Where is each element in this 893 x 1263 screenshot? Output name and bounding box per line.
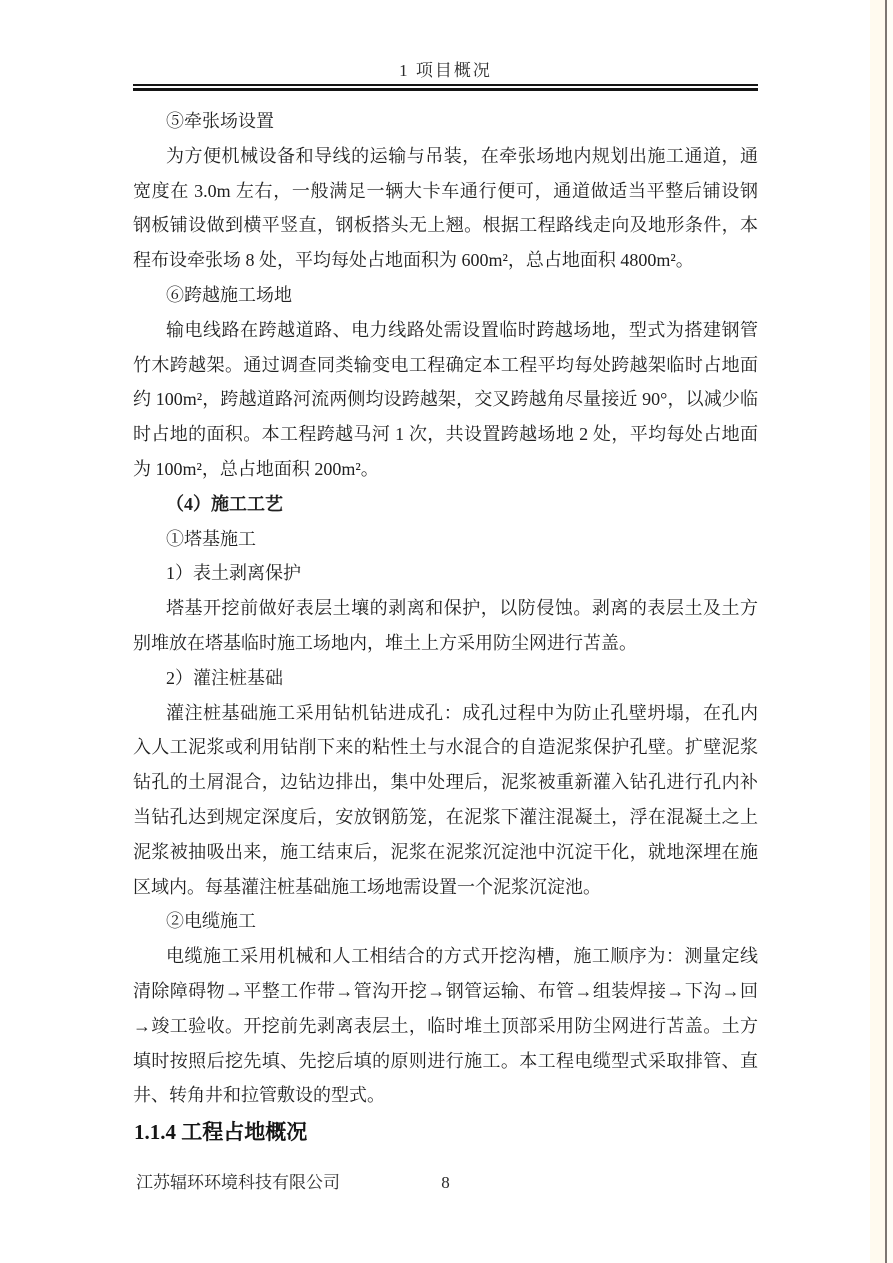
paragraph-line: 别堆放在塔基临时施工场地内，堆土上方采用防尘网进行苫盖。 [133,626,758,661]
paragraph-line: 塔基开挖前做好表层土壤的剥离和保护，以防侵蚀。剥离的表层土及土方分 [133,591,758,626]
list-item-6: ⑥跨越施工场地 [133,278,758,313]
section-heading-1-1-4: 1.1.4 工程占地概况 [134,1117,759,1147]
document-page: 1 项目概况 ⑤牵张场设置 为方便机械设备和导线的运输与吊装，在牵张场地内规划出… [0,0,893,1263]
list-item-1-paren: 1）表土剥离保护 [133,556,758,591]
paragraph-line: 电缆施工采用机械和人工相结合的方式开挖沟槽，施工顺序为：测量定线→ [133,939,758,974]
list-item-5: ⑤牵张场设置 [133,104,758,139]
paragraph-line: 区域内。每基灌注桩基础施工场地需设置一个泥浆沉淀池。 [133,870,758,905]
paragraph-line: 约 100m²，跨越道路河流两侧均设跨越架，交叉跨越角尽量接近 90°，以减少临 [133,382,758,417]
document-body: ⑤牵张场设置 为方便机械设备和导线的运输与吊装，在牵张场地内规划出施工通道，通道… [133,104,758,1113]
header-divider [133,84,758,91]
scan-edge-margin [887,0,893,1263]
paragraph-line: 入人工泥浆或利用钻削下来的粘性土与水混合的自造泥浆保护孔壁。扩壁泥浆与 [133,730,758,765]
paragraph-line: 钢板铺设做到横平竖直，钢板搭头无上翘。根据工程路线走向及地形条件，本工 [133,208,758,243]
scan-edge-strip [870,0,885,1263]
footer-page-number: 8 [133,1171,758,1194]
paragraph-line: 时占地的面积。本工程跨越马河 1 次，共设置跨越场地 2 处，平均每处占地面积 [133,417,758,452]
paragraph-line: 为方便机械设备和导线的运输与吊装，在牵张场地内规划出施工通道，通道 [133,139,758,174]
list-item-2-circle: ②电缆施工 [133,904,758,939]
paragraph-line: 程布设牵张场 8 处，平均每处占地面积为 600m²，总占地面积 4800m²。 [133,243,758,278]
paragraph-line: 井、转角井和拉管敷设的型式。 [133,1078,758,1113]
paragraph-line: 宽度在 3.0m 左右，一般满足一辆大卡车通行便可，通道做适当平整后铺设钢板， [133,174,758,209]
paragraph-line: 填时按照后挖先填、先挖后填的原则进行施工。本工程电缆型式采取排管、直线 [133,1044,758,1079]
paragraph-line: 清除障碍物→平整工作带→管沟开挖→钢管运输、布管→组装焊接→下沟→回填 [133,974,758,1009]
paragraph-line: 泥浆被抽吸出来，施工结束后，泥浆在泥浆沉淀池中沉淀干化，就地深埋在施工 [133,835,758,870]
list-item-1-circle: ①塔基施工 [133,522,758,557]
list-item-2-paren: 2）灌注桩基础 [133,661,758,696]
paragraph-line: →竣工验收。开挖前先剥离表层土，临时堆土顶部采用防尘网进行苫盖。土方回 [133,1009,758,1044]
subsection-heading-4: （4）施工工艺 [133,487,758,522]
paragraph-line: 灌注桩基础施工采用钻机钻进成孔：成孔过程中为防止孔壁坍塌，在孔内注 [133,696,758,731]
paragraph-line: 竹木跨越架。通过调查同类输变电工程确定本工程平均每处跨越架临时占地面积 [133,348,758,383]
paragraph-line: 为 100m²，总占地面积 200m²。 [133,452,758,487]
page-header-title: 1 项目概况 [133,60,758,82]
paragraph-line: 当钻孔达到规定深度后，安放钢筋笼，在泥浆下灌注混凝土，浮在混凝土之上的 [133,800,758,835]
paragraph-line: 输电线路在跨越道路、电力线路处需设置临时跨越场地，型式为搭建钢管及 [133,313,758,348]
paragraph-line: 钻孔的土屑混合，边钻边排出，集中处理后，泥浆被重新灌入钻孔进行孔内补浆。 [133,765,758,800]
